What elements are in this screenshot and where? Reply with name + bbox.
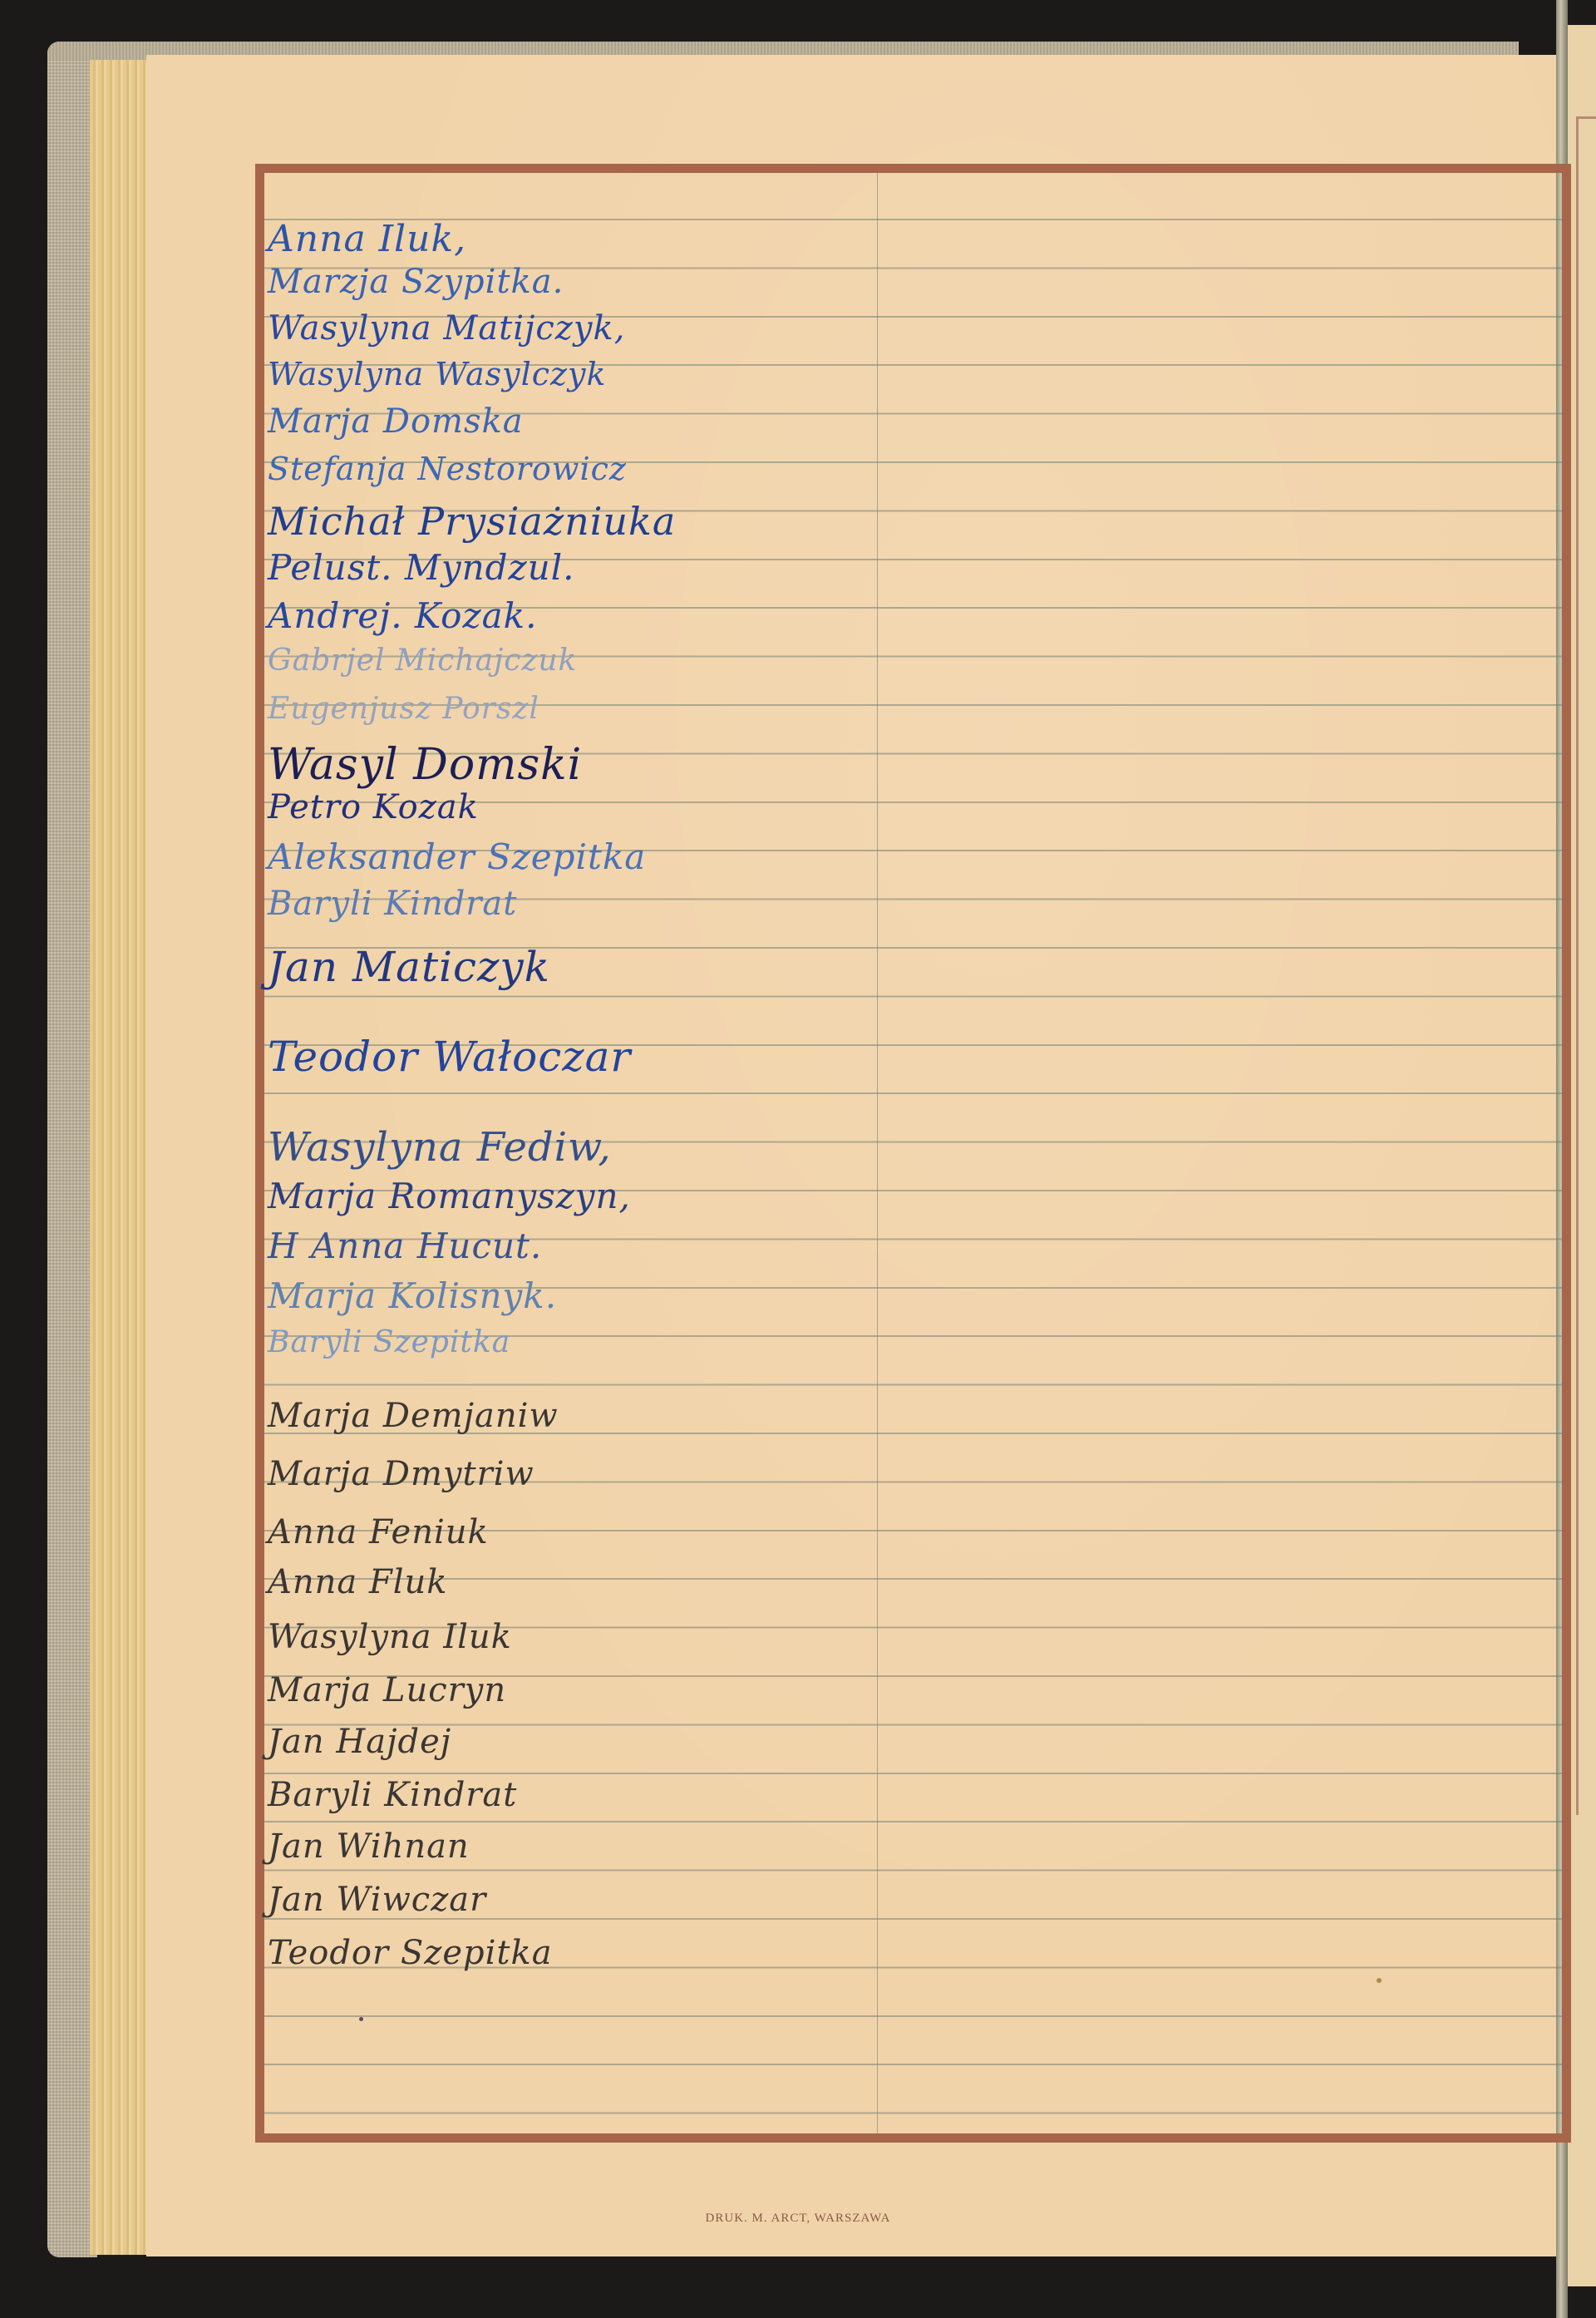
- signature-entry: Marja Romanyszyn,: [268, 1176, 631, 1216]
- signature-entry: Jan Wihnan: [268, 1827, 470, 1866]
- signature-entry: Marja Dmytriw: [268, 1455, 534, 1493]
- signature-entry: Marja Kolisnyk.: [268, 1275, 557, 1316]
- signature-entry: Anna Iluk,: [268, 218, 466, 260]
- signature-entry: Anna Feniuk: [268, 1513, 489, 1551]
- signature-entry: Jan Wiwczar: [268, 1881, 486, 1919]
- signature-entry: H Anna Hucut.: [268, 1226, 542, 1266]
- signature-entry: Pelust. Myndzul.: [268, 547, 574, 588]
- signature-entry: Marja Lucryn: [268, 1671, 506, 1709]
- signature-entry: Gabrjel Michajczuk: [268, 644, 577, 678]
- signature-entry: Wasylyna Matijczyk,: [268, 309, 625, 348]
- signature-entry: Teodor Wałoczar: [268, 1033, 631, 1081]
- ink-stain: [1377, 1978, 1382, 1983]
- signature-entry: Jan Hajdej: [268, 1723, 451, 1761]
- signature-entry: Jan Maticzyk: [268, 943, 550, 991]
- signature-entry: Marja Demjaniw: [268, 1397, 559, 1435]
- signature-entry: Marja Domska: [268, 402, 524, 441]
- signature-entry: Eugenjusz Porszl: [268, 692, 539, 726]
- signature-entry: Baryli Kindrat: [268, 1776, 517, 1814]
- signature-entry: Wasylyna Iluk: [268, 1618, 512, 1656]
- signature-entry: Aleksander Szepitka: [268, 836, 646, 877]
- signature-entry: Andrej. Kozak.: [268, 595, 537, 636]
- ink-dot: [359, 2017, 363, 2021]
- signature-entry: Wasylyna Wasylczyk: [268, 356, 607, 392]
- signature-entry: Wasyl Domski: [268, 740, 582, 790]
- signature-entry: Baryli Szepitka: [268, 1325, 510, 1359]
- signature-entry: Marzja Szypitka.: [268, 263, 564, 301]
- signature-entry: Petro Kozak: [268, 788, 479, 826]
- signature-entry: Anna Fluk: [268, 1563, 448, 1601]
- signature-entry: Michał Prysiażniuka: [268, 499, 676, 544]
- signature-entry: Stefanja Nestorowicz: [268, 451, 627, 487]
- printer-imprint: DRUK. M. ARCT, WARSZAWA: [0, 2212, 1596, 2226]
- signature-entry: Teodor Szepitka: [268, 1934, 553, 1972]
- adjacent-page-frame: [1576, 116, 1596, 1815]
- column-divider: [877, 173, 878, 2133]
- signature-entry: Baryli Kindrat: [268, 885, 517, 923]
- signature-entry: Wasylyna Fediw,: [268, 1124, 612, 1171]
- page-edges-stack: [90, 60, 146, 2255]
